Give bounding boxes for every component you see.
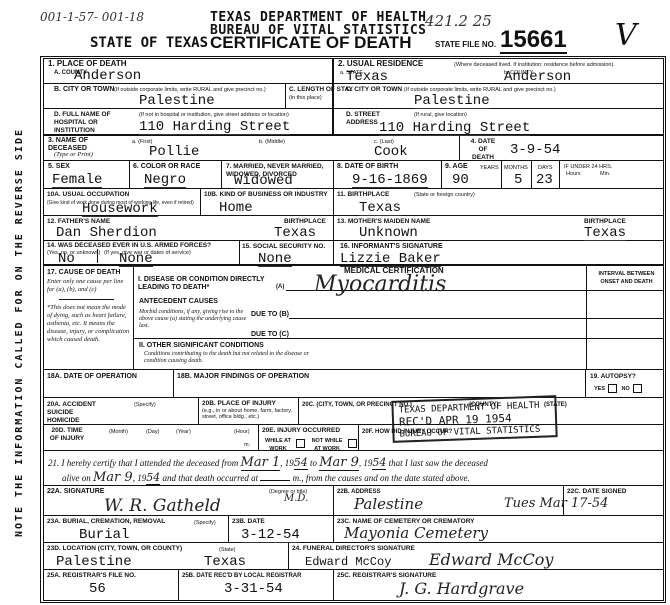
cause-note: Enter only one cause per line for (a), (… (47, 278, 131, 294)
registrar-signature: J. G. Hardgrave (399, 579, 524, 598)
date-of-death-label: 4. DATE OF DEATH (468, 138, 498, 162)
cert-to-year: 54 (372, 456, 386, 470)
received-stamp: TEXAS DEPARTMENT OF HEALTH REC'D APR 19 … (391, 395, 557, 443)
birthplace-label: 11. BIRTHPLACE (337, 191, 389, 199)
not-while-at-work-checkbox[interactable] (348, 439, 357, 448)
operation-date-label: 18a. DATE OF OPERATION (47, 373, 137, 381)
row-vitals: 5. SEX Female 6. COLOR OR RACE Negro 7. … (44, 161, 663, 189)
cert-from-year: 54 (294, 456, 308, 470)
injury-month-label: (Month) (109, 428, 128, 436)
physician-signature: W. R. Gatheld (104, 496, 221, 516)
cause-label: 17. CAUSE OF DEATH (47, 269, 120, 277)
row-location: 23d. LOCATION (City, town, or county) (S… (44, 543, 663, 570)
cert-alive-on-date: Mar 9 (93, 470, 133, 486)
row-accident: 20a. ACCIDENT SUICIDE HOMICIDE (Specify)… (44, 398, 663, 425)
residence-city-value: Palestine (414, 94, 490, 109)
residence-county-value: Anderson (504, 70, 571, 84)
business-label: 10b. KIND OF BUSINESS OR INDUSTRY (204, 191, 328, 199)
name-label-cell: 3. NAME OF DECEASED (Type or Print) (44, 136, 131, 160)
certificate-title: CERTIFICATE OF DEATH (210, 33, 411, 53)
cert-from-date: Mar 1 (241, 455, 281, 471)
name-note: (Type or Print) (54, 151, 93, 159)
cert-alive-on-text: alive on (62, 473, 91, 483)
row-occupation: 10a. USUAL OCCUPATION (Give kind of work… (44, 189, 663, 216)
age-days-label: DAYS (538, 164, 553, 172)
age-months-cell: MONTHS 5 (502, 161, 532, 188)
cause-footnote: *This does not mean the mode of dying, s… (47, 304, 131, 344)
residence-street-cell: d. STREET ADDRESS (If rural, give locati… (334, 109, 663, 134)
ssn-value: None (258, 252, 292, 267)
usual-residence-label: 2. USUAL RESIDENCE (338, 60, 423, 68)
residence-city-label: c. CITY OR TOWN (346, 86, 402, 94)
last-name-value: Cook (374, 145, 408, 159)
age-months-value: 5 (514, 173, 522, 187)
autopsy-no-label: NO (622, 386, 630, 392)
cause-a-value: Myocarditis (314, 272, 446, 297)
death-city-cell: b. CITY OR TOWN (If outside corporate li… (44, 84, 286, 108)
mother-birthplace-value: Texas (584, 226, 626, 241)
residence-street-note: (If rural, give location) (414, 111, 467, 119)
business-value: Home (219, 201, 253, 215)
cert-text1: 21. I hereby certify that I attended the… (48, 458, 238, 468)
row-burial: 23a. BURIAL, CREMATION, REMOVAL (Specify… (44, 516, 663, 543)
age-years-label: YEARS (480, 164, 499, 172)
cert-year1-prefix: , 19 (280, 458, 294, 468)
dob-value: 9-16-1869 (352, 173, 428, 188)
autopsy-yes-label: YES (594, 386, 605, 392)
registrar-file-value: 56 (89, 582, 106, 596)
place-of-death-county-cell: 1. PLACE OF DEATH a. COUNTY Anderson (44, 59, 334, 83)
usual-residence-state-cell: 2. USUAL RESIDENCE (Where deceased lived… (334, 59, 663, 83)
father-value: Dan Sherdion (56, 226, 157, 240)
age-hours-label: Hours (566, 170, 581, 178)
father-cell: 12. FATHER'S NAME Dan Sherdion BIRTHPLAC… (44, 216, 334, 240)
injury-occurred-cell: 20e. INJURY OCCURRED WHILE AT WORK NOT W… (259, 425, 359, 450)
mother-value: Unknown (359, 226, 418, 240)
burial-type-value: Burial (79, 528, 129, 542)
date-of-death-cell: 4. DATE OF DEATH 3-9-54 (459, 136, 663, 160)
funeral-director-cell: 24. FUNERAL DIRECTOR'S SIGNATURE Edward … (289, 543, 663, 569)
funeral-director-signature: Edward McCoy (429, 550, 553, 569)
cert-time-blank (260, 480, 290, 481)
row-name: 3. NAME OF DECEASED (Type or Print) a. (… (44, 136, 663, 161)
ssn-label: 15. SOCIAL SECURITY NO. (242, 243, 325, 251)
handwritten-file-ref-right: 421.2 25 (425, 12, 492, 30)
accident-label: 20a. ACCIDENT SUICIDE HOMICIDE (47, 401, 107, 425)
occupation-value: Housework (82, 202, 158, 217)
injury-year-label: (Year) (176, 428, 191, 436)
divider (587, 338, 663, 339)
autopsy-no-checkbox[interactable] (633, 384, 642, 393)
burial-type-label: 23a. BURIAL, CREMATION, REMOVAL (47, 518, 165, 526)
sex-label: 5. SEX (48, 163, 70, 171)
informant-label: 16. INFORMANT'S SIGNATURE (340, 243, 443, 251)
death-certificate-form: 1. PLACE OF DEATH a. COUNTY Anderson 2. … (40, 56, 666, 603)
antecedent-note: Morbid conditions, if any, giving rise t… (139, 309, 249, 330)
residence-street-value: 110 Harding Street (379, 121, 530, 136)
registrar-signature-cell: 25c. REGISTRAR'S SIGNATURE J. G. Hardgra… (334, 570, 663, 600)
occupation-cell: 10a. USUAL OCCUPATION (Give kind of work… (44, 189, 201, 215)
row-address: d. FULL NAME OF HOSPITAL OR INSTITUTION … (44, 109, 663, 136)
state-label: STATE OF TEXAS (90, 35, 208, 51)
age-months-label: MONTHS (504, 164, 528, 172)
cert-text4: m., from the causes and on the date stat… (293, 473, 470, 483)
date-recd-cell: 25b. DATE REC'D BY LOCAL REGISTRAR 3-31-… (179, 570, 334, 600)
hospital-value: 110 Harding Street (139, 120, 290, 135)
age-days-value: 23 (536, 173, 553, 187)
interval-cell: INTERVAL BETWEEN ONSET AND DEATH (586, 266, 663, 369)
degree-value: M.D. (284, 493, 308, 504)
death-city-value: Palestine (139, 94, 215, 108)
age-label: 9. AGE (445, 163, 468, 171)
address-value: Palestine (354, 495, 423, 513)
hospital-note: (If not in hospital or institution, give… (139, 111, 289, 119)
accident-note: (Specify) (134, 401, 156, 409)
operation-date-cell: 18a. DATE OF OPERATION (44, 370, 174, 397)
date-recd-value: 3-31-54 (224, 582, 283, 596)
injury-hour-label: (Hour) (234, 428, 250, 436)
part2-note: Conditions contributing to the death but… (144, 351, 319, 365)
date-signed-cell: 22c. DATE SIGNED Tues Mar 17-54 (564, 486, 663, 515)
part2-label: II. OTHER SIGNIFICANT CONDITIONS (139, 342, 264, 350)
sex-cell: 5. SEX Female (44, 161, 130, 188)
injury-time-label: 20d. TIME OF INJURY (47, 427, 87, 443)
father-birthplace-value: Texas (274, 226, 316, 240)
row-certification: 21. I hereby certify that I attended the… (44, 451, 663, 486)
residence-state-value: Texas (346, 70, 388, 84)
race-value: Negro (144, 173, 186, 188)
autopsy-label: 19. AUTOPSY? (590, 373, 636, 381)
length-of-stay-cell: c. LENGTH OF STAY (in this place) (286, 84, 334, 108)
injury-m-label: m. (244, 441, 250, 449)
divider (59, 299, 114, 300)
date-signed-label: 22c. DATE SIGNED (567, 488, 626, 496)
side-note: NOTE THE INFORMATION CALLED FOR ON THE R… (4, 60, 34, 605)
birthplace-note: (State or foreign country) (414, 191, 475, 199)
cause-label-cell: 17. CAUSE OF DEATH Enter only one cause … (44, 266, 134, 369)
age-years-cell: 9. AGE YEARS 90 (442, 161, 502, 188)
burial-date-cell: 23b. DATE 3-12-54 (229, 516, 334, 542)
funeral-director-value: Edward McCoy (305, 555, 391, 569)
age-min-label: Min. (600, 170, 610, 178)
divider (587, 318, 663, 319)
death-county-value: Anderson (74, 69, 141, 83)
informant-value: Lizzie Baker (340, 252, 441, 267)
part1-label: I. DISEASE OR CONDITION DIRECTLY LEADING… (138, 276, 278, 292)
autopsy-cell: 19. AUTOPSY? YES NO (586, 370, 663, 397)
hospital-cell: d. FULL NAME OF HOSPITAL OR INSTITUTION … (44, 109, 334, 134)
mother-cell: 13. MOTHER'S MAIDEN NAME Unknown BIRTHPL… (334, 216, 663, 240)
marital-cell: 7. MARRIED, NEVER MARRIED, WIDOWED, DIVO… (222, 161, 334, 188)
informant-cell: 16. INFORMANT'S SIGNATURE Lizzie Baker (334, 241, 663, 264)
row-parents: 12. FATHER'S NAME Dan Sherdion BIRTHPLAC… (44, 216, 663, 241)
age-years-value: 90 (452, 173, 469, 187)
cert-year3-prefix: , 19 (133, 473, 147, 483)
usual-residence-note: (Where deceased lived. If institution: r… (454, 61, 615, 69)
burial-location-state-value: Texas (204, 555, 246, 570)
marital-value: Widowed (234, 174, 293, 189)
cert-year2-prefix: , 19 (359, 458, 373, 468)
sex-value: Female (52, 173, 102, 188)
injury-day-label: (Day) (146, 428, 159, 436)
handwritten-file-ref-left: 001-1-57- 001-18 (40, 10, 144, 24)
physician-signature-cell: 22a. SIGNATURE (Degree or title) M.D. W.… (44, 486, 334, 515)
cert-to-text: to (310, 458, 317, 468)
business-cell: 10b. KIND OF BUSINESS OR INDUSTRY Home (201, 189, 334, 215)
operation-findings-cell: 18b. MAJOR FINDINGS OF OPERATION (174, 370, 586, 397)
row-informant: 14. WAS DECEASED EVER IN U.S. ARMED FORC… (44, 241, 663, 266)
injury-place-cell: 20b. PLACE OF INJURY (e.g., in or about … (199, 398, 299, 424)
part1-a-marker: (a) (276, 283, 284, 291)
age-under24-cell: IF UNDER 24 HRS. Hours Min. (560, 161, 663, 188)
dob-label: 8. DATE OF BIRTH (337, 163, 398, 171)
divider (587, 290, 663, 291)
middle-name-label: b. (Middle) (259, 138, 285, 146)
accident-cell: 20a. ACCIDENT SUICIDE HOMICIDE (Specify) (44, 398, 199, 424)
row-city: b. CITY OR TOWN (If outside corporate li… (44, 84, 663, 109)
burial-type-note: (Specify) (194, 519, 216, 527)
burial-location-cell: 23d. LOCATION (City, town, or county) (S… (44, 543, 289, 569)
row-cause-of-death: 17. CAUSE OF DEATH Enter only one cause … (44, 266, 663, 370)
length-of-stay-note: (in this place) (289, 94, 322, 102)
signature-label: 22a. SIGNATURE (47, 488, 104, 496)
armed-forces-value: No (58, 252, 75, 266)
burial-location-city-value: Palestine (56, 555, 132, 569)
injury-place-note: (e.g., in or about home, farm, factory, … (202, 408, 298, 420)
occupation-label: 10a. USUAL OCCUPATION (47, 191, 129, 199)
hospital-label: d. FULL NAME OF HOSPITAL OR INSTITUTION (54, 111, 124, 135)
row-registrar: 25a. REGISTRAR'S FILE NO. 56 25b. DATE R… (44, 570, 663, 600)
dob-cell: 8. DATE OF BIRTH 9-16-1869 (334, 161, 442, 188)
cert-to-date: Mar 9 (319, 455, 359, 471)
row-injury-time: 20d. TIME OF INJURY (Month) (Day) (Year)… (44, 425, 663, 451)
first-name-value: Pollie (149, 145, 199, 159)
date-of-death-value: 3-9-54 (510, 143, 560, 157)
birthplace-cell: 11. BIRTHPLACE (State or foreign country… (334, 189, 663, 215)
cemetery-cell: 23c. NAME OF CEMETERY OR CREMATORY Mayon… (334, 516, 663, 542)
row-operation: 18a. DATE OF OPERATION 18b. MAJOR FINDIN… (44, 370, 663, 398)
cert-text2: that I last saw the deceased (389, 458, 488, 468)
burial-type-cell: 23a. BURIAL, CREMATION, REMOVAL (Specify… (44, 516, 229, 542)
burial-location-label: 23d. LOCATION (City, town, or county) (47, 545, 182, 553)
residence-city-cell: c. CITY OR TOWN (If outside corporate li… (334, 84, 663, 108)
ssn-cell: 15. SOCIAL SECURITY NO. None (239, 241, 334, 264)
birthplace-value: Texas (359, 201, 401, 216)
date-signed-value: Tues Mar 17-54 (504, 496, 608, 511)
row-place-county: 1. PLACE OF DEATH a. COUNTY Anderson 2. … (44, 59, 663, 84)
registrar-file-cell: 25a. REGISTRAR'S FILE NO. 56 (44, 570, 179, 600)
age-days-cell: DAYS 23 (532, 161, 560, 188)
armed-forces-cell: 14. WAS DECEASED EVER IN U.S. ARMED FORC… (44, 241, 239, 264)
check-mark: V (615, 18, 637, 53)
place-of-death-label: 1. PLACE OF DEATH (48, 60, 127, 68)
divider (97, 249, 98, 263)
cert-text3: and that death occurred at (162, 473, 258, 483)
registrar-file-label: 25a. REGISTRAR'S FILE NO. (47, 572, 136, 580)
cert-alive-year: 54 (146, 471, 160, 485)
state-file-number: 15661 (500, 28, 567, 54)
autopsy-yes-checkbox[interactable] (608, 384, 617, 393)
while-at-work-checkbox[interactable] (296, 439, 305, 448)
row-signature: 22a. SIGNATURE (Degree or title) M.D. W.… (44, 486, 663, 516)
interval-label: INTERVAL BETWEEN ONSET AND DEATH (589, 270, 664, 286)
operation-findings-label: 18b. MAJOR FINDINGS OF OPERATION (177, 373, 309, 381)
date-recd-label: 25b. DATE REC'D BY LOCAL REGISTRAR (182, 572, 301, 580)
death-city-label: b. CITY OR TOWN (54, 86, 114, 93)
cause-c-line (134, 338, 586, 339)
funeral-director-label: 24. FUNERAL DIRECTOR'S SIGNATURE (292, 545, 415, 553)
injury-occurred-label: 20e. INJURY OCCURRED (262, 427, 340, 435)
burial-location-state-label: (State) (219, 546, 236, 554)
injury-place-label: 20b. PLACE OF INJURY (202, 400, 276, 408)
injury-time-cell: 20d. TIME OF INJURY (Month) (Day) (Year)… (44, 425, 259, 450)
armed-forces-service-value: None (119, 252, 153, 267)
cause-b-line (289, 318, 586, 319)
state-file-label: STATE FILE NO. (435, 40, 496, 49)
burial-date-value: 3-12-54 (241, 528, 300, 543)
due-to-b-label: DUE TO (b) (251, 311, 289, 319)
race-label: 6. COLOR OR RACE (133, 163, 200, 171)
race-cell: 6. COLOR OR RACE Negro (130, 161, 222, 188)
burial-date-label: 23b. DATE (232, 518, 265, 526)
cemetery-value: Mayonia Cemetery (344, 524, 488, 542)
antecedent-label: ANTECEDENT CAUSES (139, 298, 218, 306)
